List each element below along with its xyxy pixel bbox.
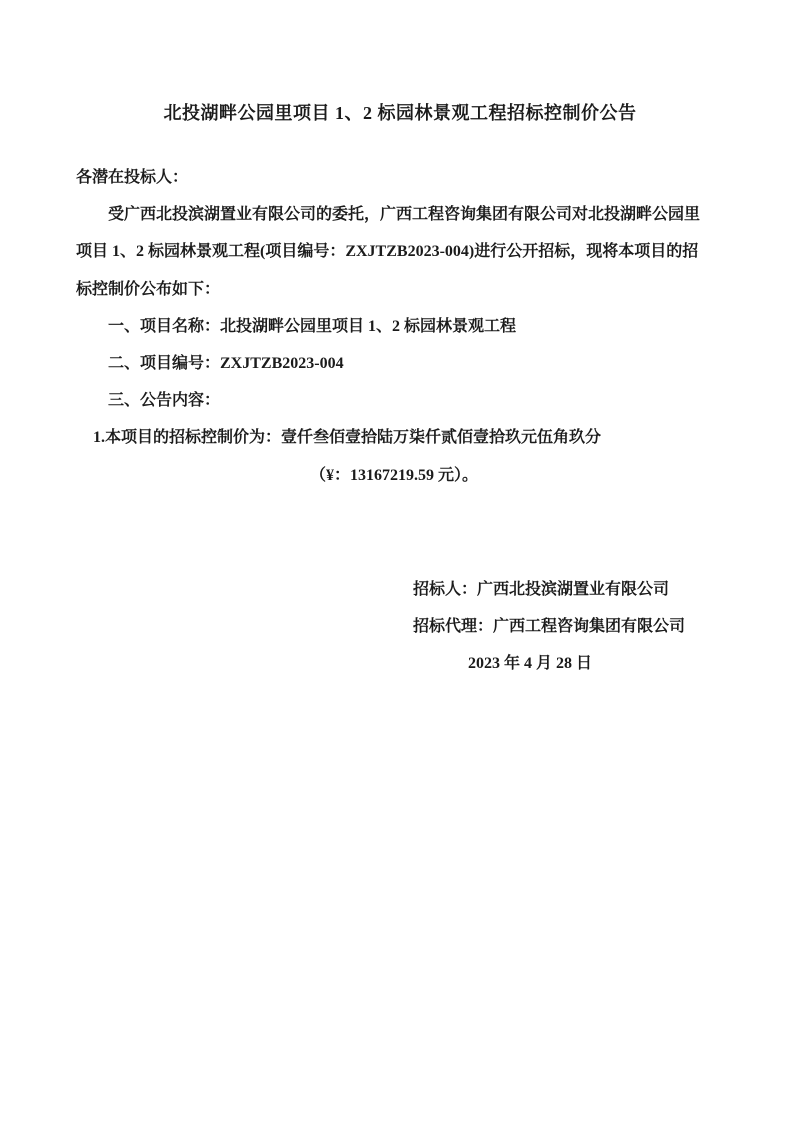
signature-block: 招标人：广西北投滨湖置业有限公司 招标代理：广西工程咨询集团有限公司 2023 … [76,571,724,683]
intro-paragraph-line-2: 项目 1、2 标园林景观工程(项目编号：ZXJTZB2023-004)进行公开招… [76,233,724,270]
item-project-name: 一、项目名称：北投湖畔公园里项目 1、2 标园林景观工程 [76,308,724,345]
intro-paragraph-line-1: 受广西北投滨湖置业有限公司的委托，广西工程咨询集团有限公司对北投湖畔公园里 [76,196,724,233]
salutation-line: 各潜在投标人： [76,159,724,196]
tenderer-line: 招标人：广西北投滨湖置业有限公司 [76,571,724,608]
document-title: 北投湖畔公园里项目 1、2 标园林景观工程招标控制价公告 [0,0,800,127]
intro-paragraph-line-3: 标控制价公布如下： [76,271,724,308]
control-price-words-line: 1.本项目的招标控制价为：壹仟叁佰壹拾陆万柒仟贰佰壹拾玖元伍角玖分 [76,419,724,456]
agency-line: 招标代理：广西工程咨询集团有限公司 [76,608,724,645]
document-page: 北投湖畔公园里项目 1、2 标园林景观工程招标控制价公告 各潜在投标人： 受广西… [0,0,800,1131]
document-body: 各潜在投标人： 受广西北投滨湖置业有限公司的委托，广西工程咨询集团有限公司对北投… [0,159,800,682]
date-line: 2023 年 4 月 28 日 [76,645,724,682]
item-project-number: 二、项目编号：ZXJTZB2023-004 [76,345,724,382]
item-announcement-content: 三、公告内容： [76,382,724,419]
control-price-numeric-line: （¥：13167219.59 元）。 [76,457,724,494]
